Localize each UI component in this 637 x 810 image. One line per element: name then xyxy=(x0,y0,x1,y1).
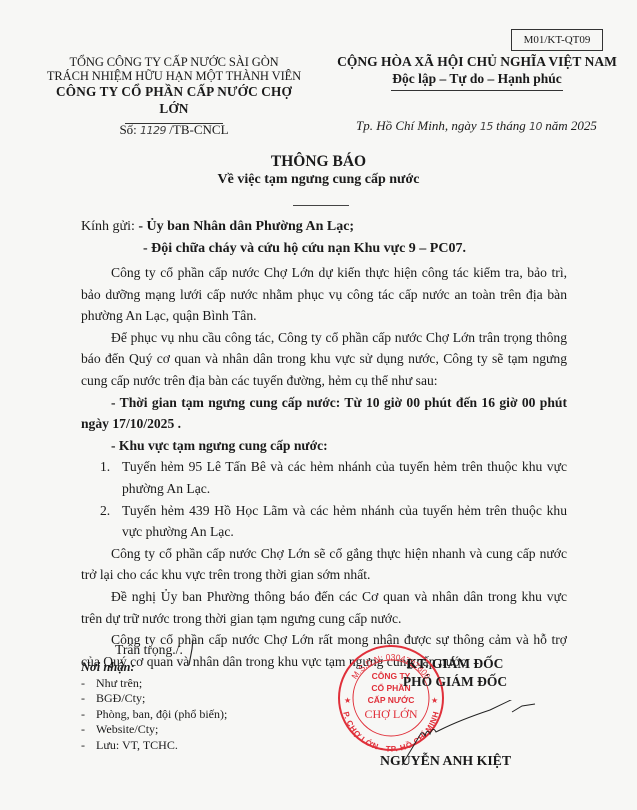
distribution-item: Website/Cty; xyxy=(81,722,227,738)
area-text: Tuyến hẻm 439 Hồ Học Lãm và các hẻm nhán… xyxy=(122,500,567,543)
number-prefix: Số: xyxy=(119,122,140,137)
document-title: THÔNG BÁO xyxy=(0,152,637,171)
date-prefix: Tp. Hồ Chí Minh, ngày xyxy=(356,118,480,133)
title-block: THÔNG BÁO Về việc tạm ngưng cung cấp nướ… xyxy=(0,152,637,206)
area-number: 1. xyxy=(100,456,110,478)
distribution-heading: Nơi nhận: xyxy=(81,660,227,676)
distribution-item: Phòng, ban, đội (phổ biến); xyxy=(81,707,227,723)
date-month: 10 xyxy=(529,120,542,133)
national-motto: CỘNG HÒA XÃ HỘI CHỦ NGHĨA VIỆT NAM xyxy=(336,53,618,70)
area-text: Tuyến hẻm 95 Lê Tấn Bê và các hẻm nhánh … xyxy=(122,456,567,499)
signer-name: NGUYỄN ANH KIỆT xyxy=(380,753,511,769)
recipient-item: - Ủy ban Nhân dân Phường An Lạc; xyxy=(138,219,354,234)
date-day: 15 xyxy=(480,120,493,133)
recipient-item: - Đội chữa cháy và cứu hộ cứu nạn Khu vự… xyxy=(81,238,466,260)
body-text: Công ty cổ phần cấp nước Chợ Lớn dự kiến… xyxy=(81,262,567,672)
distribution-item: Lưu: VT, TCHC. xyxy=(81,738,227,754)
signature-block: KT. GIÁM ĐỐC PHÓ GIÁM ĐỐC xyxy=(370,655,540,691)
area-list: 1.Tuyến hẻm 95 Lê Tấn Bê và các hẻm nhán… xyxy=(81,456,567,542)
document-subtitle: Về việc tạm ngưng cung cấp nước xyxy=(0,171,637,189)
date-line: Tp. Hồ Chí Minh, ngày 15 tháng 10 năm 20… xyxy=(356,118,597,134)
distribution-list: Nơi nhận: Như trên; BGĐ/Cty; Phòng, ban,… xyxy=(81,660,227,754)
national-header: CỘNG HÒA XÃ HỘI CHỦ NGHĨA VIỆT NAM Độc l… xyxy=(336,53,618,91)
area-item: 2.Tuyến hẻm 439 Hồ Học Lãm và các hẻm nh… xyxy=(81,500,567,543)
suspension-time: - Thời gian tạm ngưng cung cấp nước: Từ … xyxy=(81,392,567,435)
issuer-parent-type: TRÁCH NHIỆM HỮU HẠN MỘT THÀNH VIÊN xyxy=(40,69,308,83)
area-item: 1.Tuyến hẻm 95 Lê Tấn Bê và các hẻm nhán… xyxy=(81,456,567,499)
paragraph: Công ty cổ phần cấp nước Chợ Lớn sẽ cố g… xyxy=(81,543,567,586)
area-heading: - Khu vực tạm ngưng cung cấp nước: xyxy=(81,435,567,457)
signer-title: KT. GIÁM ĐỐC xyxy=(370,655,540,673)
paragraph: Công ty cổ phần cấp nước Chợ Lớn dự kiến… xyxy=(81,262,567,327)
recipients-label: Kính gửi: xyxy=(81,219,138,234)
document-number: Số: 1129 /TB-CNCL xyxy=(40,122,308,138)
issuer-header: TỔNG CÔNG TY CẤP NƯỚC SÀI GÒN TRÁCH NHIỆ… xyxy=(40,55,308,124)
date-year: năm 2025 xyxy=(542,118,597,133)
distribution-item: Như trên; xyxy=(81,676,227,692)
title-underline xyxy=(293,205,349,206)
paragraph: Đề nghị Ủy ban Phường thông báo đến các … xyxy=(81,586,567,629)
date-month-label: tháng xyxy=(493,118,529,133)
issuer-company: CÔNG TY CỔ PHẦN CẤP NƯỚC CHỢ LỚN xyxy=(40,83,308,117)
national-underline xyxy=(391,90,563,91)
number-suffix: /TB-CNCL xyxy=(166,122,228,137)
national-slogan: Độc lập – Tự do – Hạnh phúc xyxy=(336,70,618,87)
issuer-parent: TỔNG CÔNG TY CẤP NƯỚC SÀI GÒN xyxy=(40,55,308,69)
number-handwritten: 1129 xyxy=(140,124,166,137)
form-code-box: M01/KT-QT09 xyxy=(511,29,603,51)
area-number: 2. xyxy=(100,500,110,522)
signer-position: PHÓ GIÁM ĐỐC xyxy=(370,673,540,691)
closing: Trân trọng./. xyxy=(115,642,183,658)
paragraph: Để phục vụ nhu cầu công tác, Công ty cổ … xyxy=(81,327,567,392)
distribution-item: BGĐ/Cty; xyxy=(81,691,227,707)
svg-text:★: ★ xyxy=(344,696,351,705)
recipients: Kính gửi: - Ủy ban Nhân dân Phường An Lạ… xyxy=(81,216,466,260)
